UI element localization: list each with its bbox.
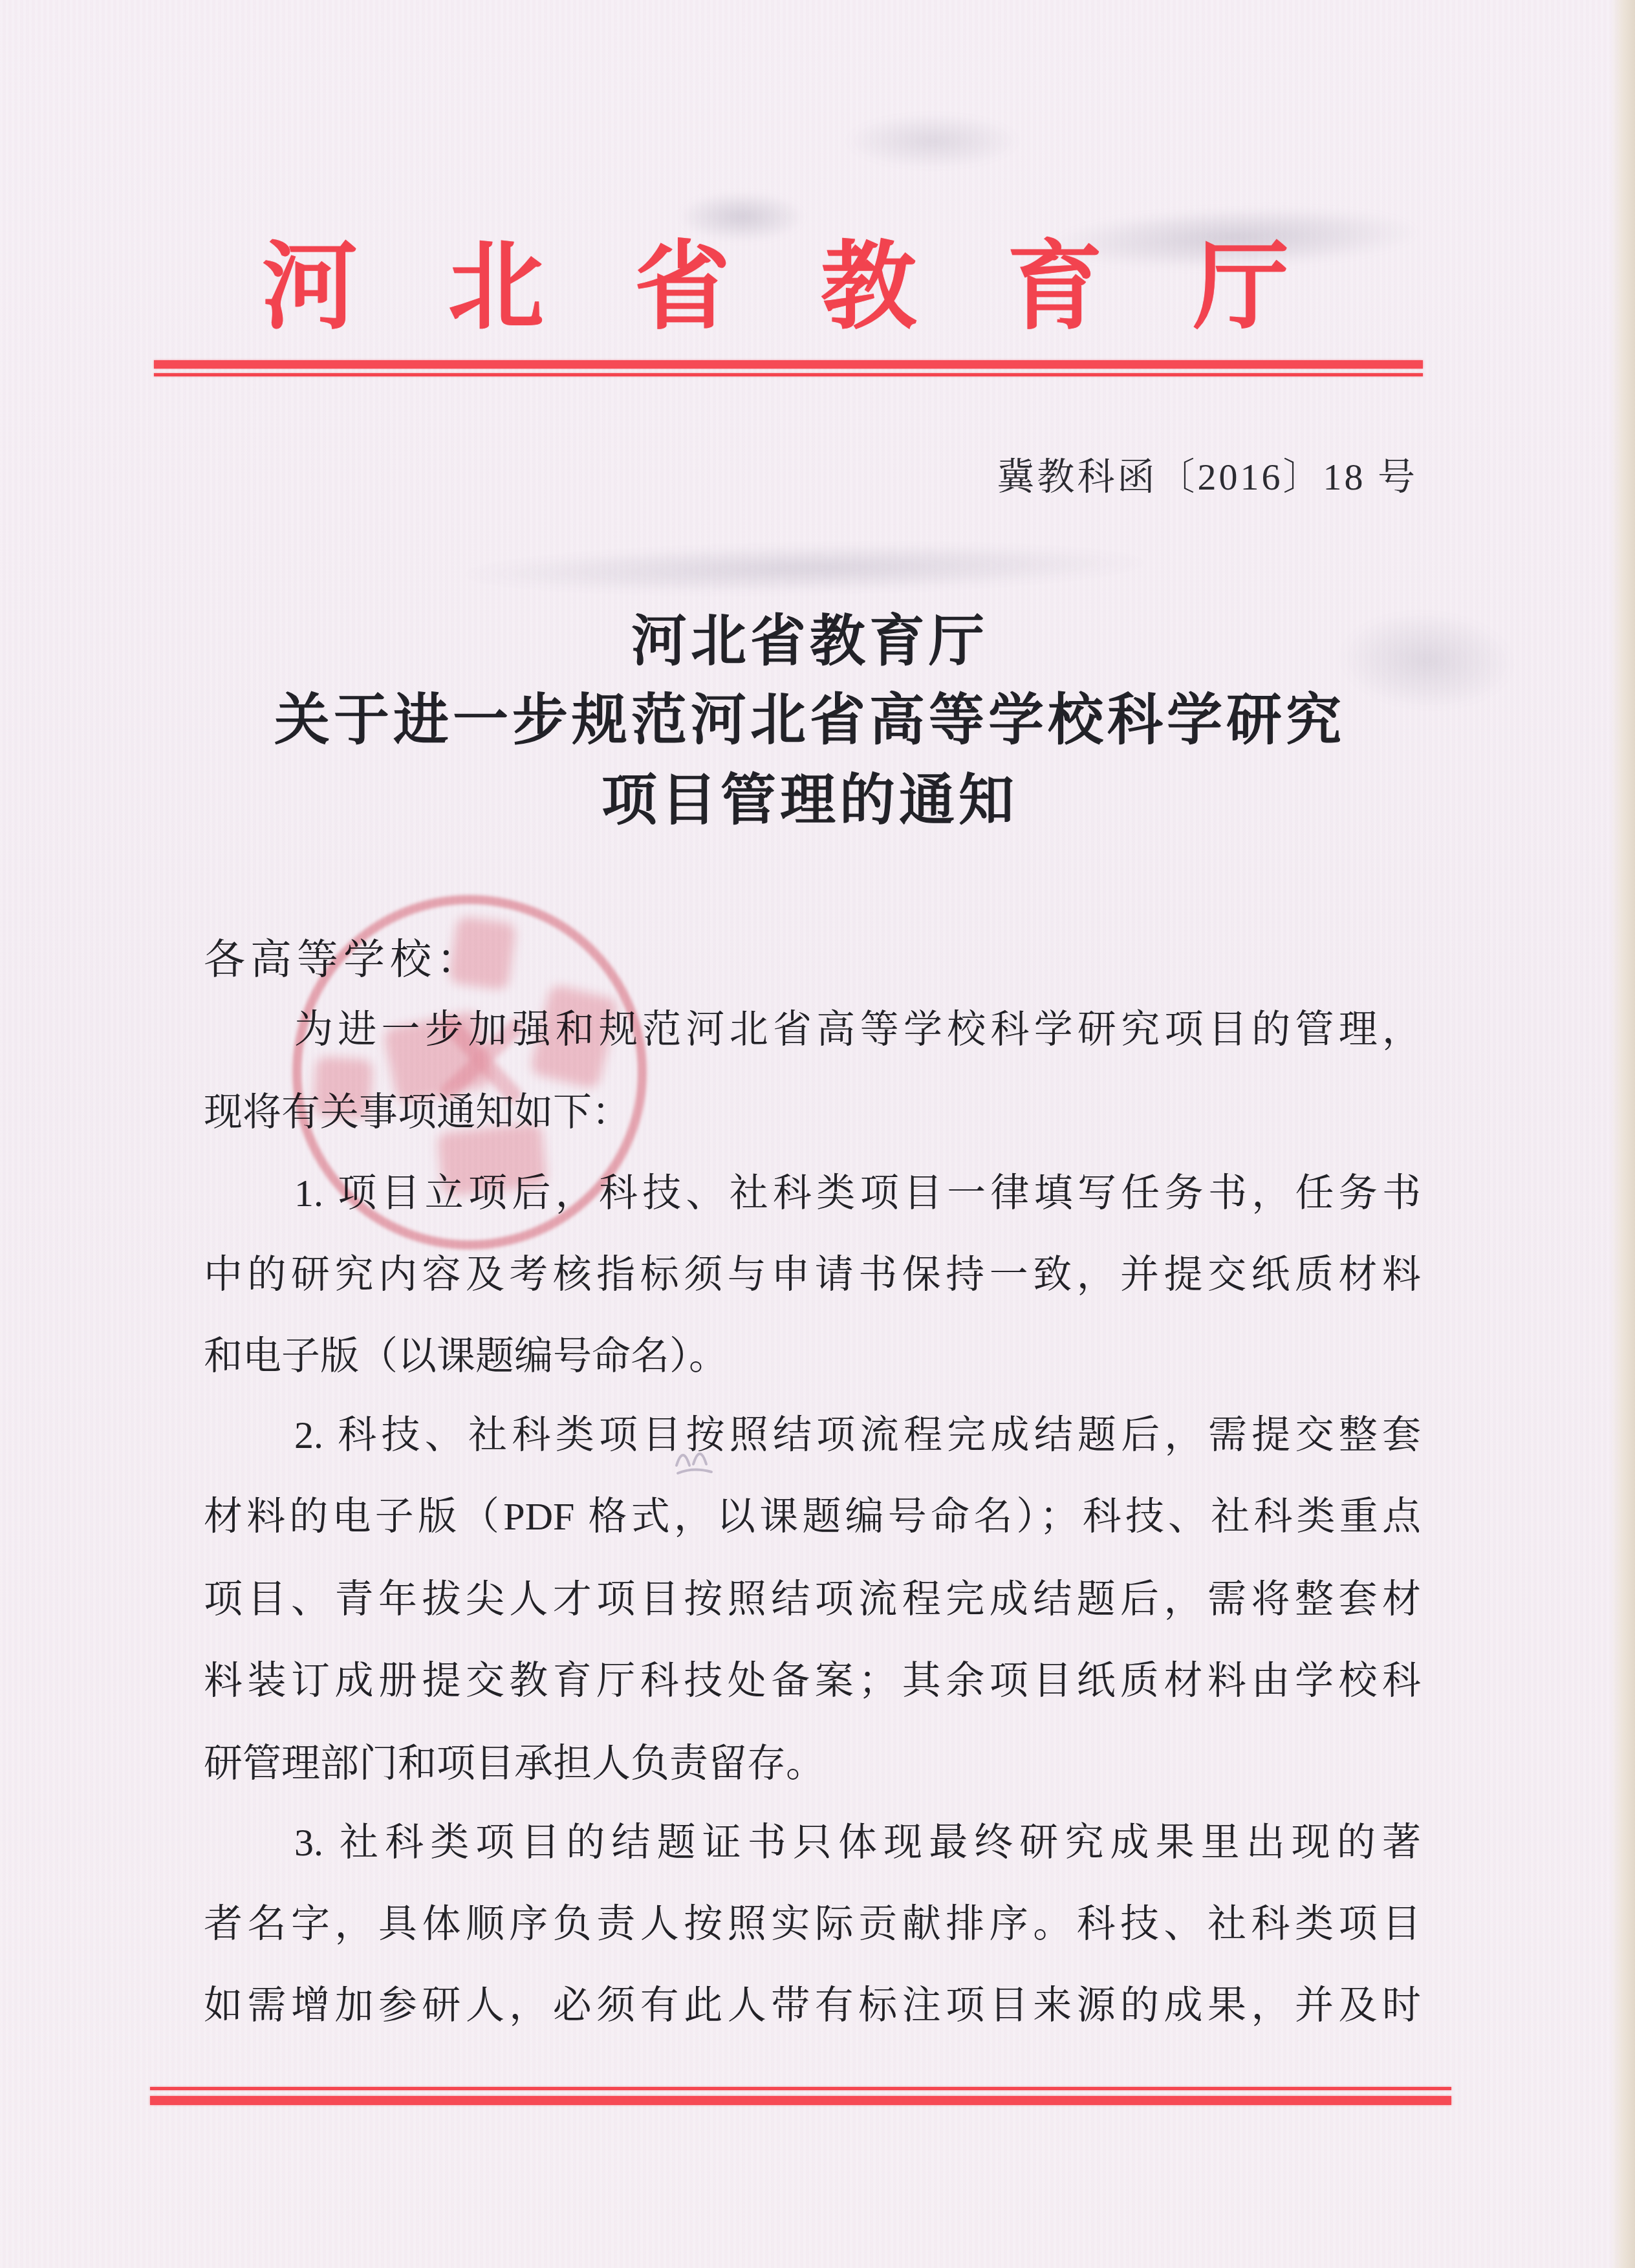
body-line: 者名字，具体顺序负责人按照实际贡献排序。科技、社科类项目 [204, 1900, 1421, 1949]
scanned-official-document: 河北省教育厅 冀教科函〔2016〕18 号 河北省教育厅 关于进一步规范河北省高… [0, 0, 1635, 2268]
title-line-2: 关于进一步规范河北省高等学校科学研究 [0, 675, 1619, 755]
body-line: 现将有关事项通知如下： [204, 1088, 1421, 1137]
agency-name: 河北省教育厅 [262, 238, 1380, 338]
body-line: 1. 项目立项后，科技、社科类项目一律填写任务书，任务书 [204, 1169, 1421, 1218]
pencil-mark [673, 1440, 723, 1480]
body-line: 项目、青年拔尖人才项目按照结项流程完成结题后，需将整套材 [204, 1575, 1421, 1624]
title-line-3: 项目管理的通知 [0, 755, 1619, 836]
body-line: 中的研究内容及考核指标须与申请书保持一致，并提交纸质材料 [204, 1251, 1421, 1299]
red-separator-thick-top [154, 360, 1423, 369]
document-number: 冀教科函〔2016〕18 号 [997, 446, 1418, 501]
body-line: 2. 科技、社科类项目按照结项流程完成结题后，需提交整套 [204, 1411, 1421, 1460]
salutation: 各高等学校： [204, 926, 483, 986]
body-line: 研管理部门和项目承担人负责留存。 [204, 1740, 1421, 1788]
bleedthrough-smudge [846, 114, 1019, 168]
body-line: 为进一步加强和规范河北省高等学校科学研究项目的管理， [204, 1006, 1421, 1054]
body-line: 如需增加参研人，必须有此人带有标注项目来源的成果，并及时 [204, 1982, 1421, 2030]
bleedthrough-smudge [461, 539, 1147, 598]
body-line: 3. 社科类项目的结题证书只体现最终研究成果里出现的著 [204, 1819, 1421, 1867]
body-line: 材料的电子版（PDF 格式，以课题编号命名）；科技、社科类重点 [204, 1493, 1421, 1541]
body-line: 和电子版（以课题编号命名）。 [204, 1332, 1421, 1381]
bleedthrough-smudge [680, 193, 803, 241]
red-separator-thick-bottom [150, 2096, 1451, 2105]
title-line-1: 河北省教育厅 [0, 596, 1619, 676]
body-line: 料装订成册提交教育厅科技处备案；其余项目纸质材料由学校科 [204, 1657, 1421, 1705]
red-separator-thin-top [154, 373, 1423, 376]
paper-edge [1610, 0, 1635, 2268]
red-separator-thin-bottom [150, 2087, 1451, 2090]
